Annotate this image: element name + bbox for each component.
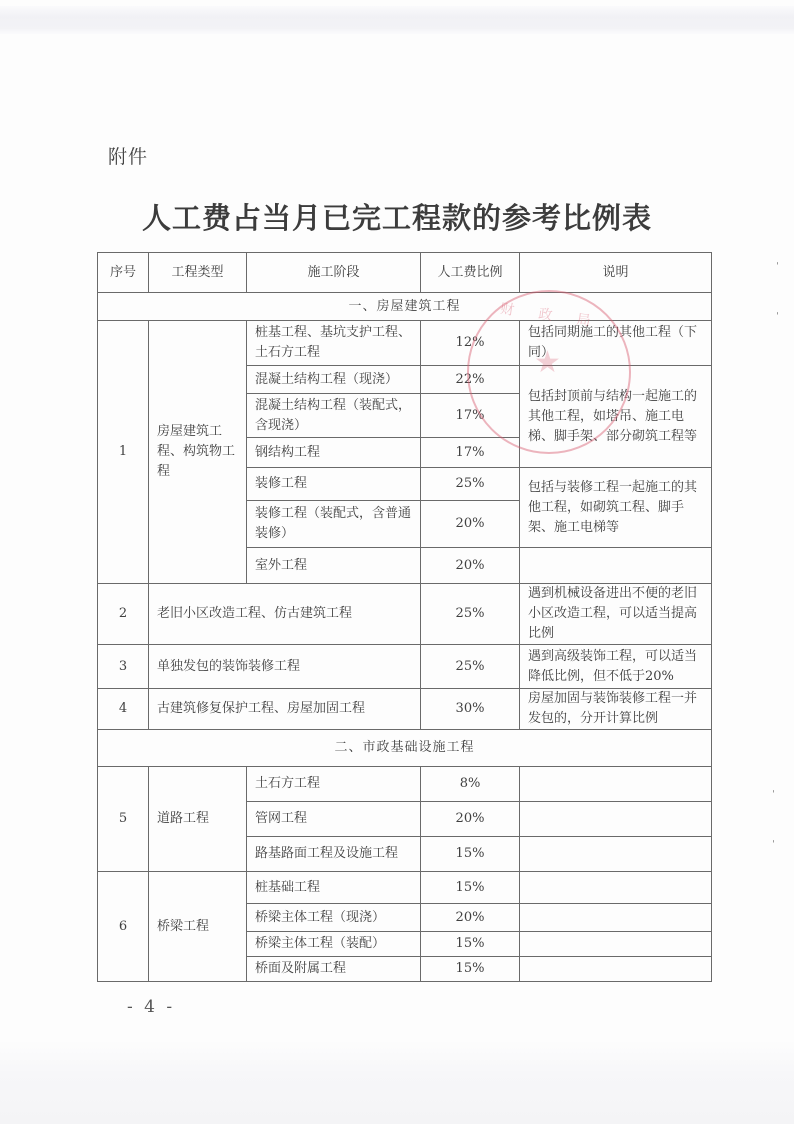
row-ratio: 20% xyxy=(421,548,520,584)
document-title: 人工费占当月已完工程款的参考比例表 xyxy=(0,196,794,237)
row-type: 桥梁工程 xyxy=(149,872,247,982)
section-title: 二、市政基础设施工程 xyxy=(98,730,712,767)
row-note: 遇到机械设备进出不便的老旧小区改造工程，可以适当提高比例 xyxy=(520,584,712,645)
row-stage: 室外工程 xyxy=(247,548,421,584)
margin-mark: ˈ xyxy=(772,840,775,851)
header-stage: 施工阶段 xyxy=(247,253,421,293)
row-note xyxy=(520,932,712,957)
table-row: 1 房屋建筑工程、构筑物工程 桩基工程、基坑支护工程、土石方工程 12% 包括同… xyxy=(98,321,712,366)
row-stage: 桥梁主体工程（现浇） xyxy=(247,904,421,932)
row-ratio: 17% xyxy=(421,394,520,438)
row-stage: 桥面及附属工程 xyxy=(247,957,421,982)
row-type: 古建筑修复保护工程、房屋加固工程 xyxy=(149,689,421,730)
row-note xyxy=(520,872,712,904)
row-note: 房屋加固与装饰装修工程一并发包的，分开计算比例 xyxy=(520,689,712,730)
margin-mark: ˈ xyxy=(776,262,779,273)
row-ratio: 20% xyxy=(421,802,520,837)
row-note: 遇到高级装饰工程，可以适当降低比例，但不低于20% xyxy=(520,645,712,689)
row-note xyxy=(520,837,712,872)
margin-mark: ˈ xyxy=(772,790,775,801)
row-note xyxy=(520,548,712,584)
margin-mark: ˈ xyxy=(776,312,779,323)
row-stage: 钢结构工程 xyxy=(247,438,421,468)
labor-cost-ratio-table: 序号 工程类型 施工阶段 人工费比例 说明 一、房屋建筑工程 1 房屋建筑工程、… xyxy=(97,252,712,982)
row-ratio: 30% xyxy=(421,689,520,730)
table-row: 2 老旧小区改造工程、仿古建筑工程 25% 遇到机械设备进出不便的老旧小区改造工… xyxy=(98,584,712,645)
row-no: 5 xyxy=(98,767,149,872)
row-stage: 混凝土结构工程（现浇） xyxy=(247,366,421,394)
table-row: 5 道路工程 土石方工程 8% xyxy=(98,767,712,802)
table-row: 3 单独发包的装饰装修工程 25% 遇到高级装饰工程，可以适当降低比例，但不低于… xyxy=(98,645,712,689)
table-header-row: 序号 工程类型 施工阶段 人工费比例 说明 xyxy=(98,253,712,293)
row-note: 包括封顶前与结构一起施工的其他工程，如塔吊、施工电梯、脚手架、部分砌筑工程等 xyxy=(520,366,712,468)
row-ratio: 15% xyxy=(421,872,520,904)
row-no: 1 xyxy=(98,321,149,584)
attachment-label: 附件 xyxy=(108,142,148,169)
row-type: 单独发包的装饰装修工程 xyxy=(149,645,421,689)
row-ratio: 25% xyxy=(421,645,520,689)
row-ratio: 15% xyxy=(421,932,520,957)
row-ratio: 20% xyxy=(421,904,520,932)
row-stage: 桩基工程、基坑支护工程、土石方工程 xyxy=(247,321,421,366)
row-stage: 混凝土结构工程（装配式，含现浇） xyxy=(247,394,421,438)
header-type: 工程类型 xyxy=(149,253,247,293)
row-note: 包括同期施工的其他工程（下同） xyxy=(520,321,712,366)
row-stage: 装修工程 xyxy=(247,468,421,501)
scan-shadow-top xyxy=(0,6,794,34)
header-note: 说明 xyxy=(520,253,712,293)
row-note: 包括与装修工程一起施工的其他工程，如砌筑工程、脚手架、施工电梯等 xyxy=(520,468,712,548)
section-row: 一、房屋建筑工程 xyxy=(98,293,712,321)
row-ratio: 8% xyxy=(421,767,520,802)
row-no: 2 xyxy=(98,584,149,645)
row-note xyxy=(520,767,712,802)
page-number: - 4 - xyxy=(127,997,175,1017)
table-row: 6 桥梁工程 桩基础工程 15% xyxy=(98,872,712,904)
row-stage: 管网工程 xyxy=(247,802,421,837)
header-ratio: 人工费比例 xyxy=(421,253,520,293)
row-stage: 装修工程（装配式，含普通装修） xyxy=(247,501,421,548)
row-stage: 土石方工程 xyxy=(247,767,421,802)
row-ratio: 17% xyxy=(421,438,520,468)
section-row: 二、市政基础设施工程 xyxy=(98,730,712,767)
row-type: 道路工程 xyxy=(149,767,247,872)
row-ratio: 22% xyxy=(421,366,520,394)
header-no: 序号 xyxy=(98,253,149,293)
row-note xyxy=(520,904,712,932)
row-no: 4 xyxy=(98,689,149,730)
row-ratio: 15% xyxy=(421,837,520,872)
row-ratio: 25% xyxy=(421,468,520,501)
row-note xyxy=(520,802,712,837)
row-note xyxy=(520,957,712,982)
row-no: 6 xyxy=(98,872,149,982)
row-no: 3 xyxy=(98,645,149,689)
row-stage: 桩基础工程 xyxy=(247,872,421,904)
scan-shadow-bottom xyxy=(0,1040,794,1124)
row-stage: 桥梁主体工程（装配） xyxy=(247,932,421,957)
row-type: 老旧小区改造工程、仿古建筑工程 xyxy=(149,584,421,645)
row-ratio: 25% xyxy=(421,584,520,645)
row-ratio: 20% xyxy=(421,501,520,548)
row-ratio: 15% xyxy=(421,957,520,982)
row-stage: 路基路面工程及设施工程 xyxy=(247,837,421,872)
row-ratio: 12% xyxy=(421,321,520,366)
section-title: 一、房屋建筑工程 xyxy=(98,293,712,321)
table-row: 4 古建筑修复保护工程、房屋加固工程 30% 房屋加固与装饰装修工程一并发包的，… xyxy=(98,689,712,730)
row-type: 房屋建筑工程、构筑物工程 xyxy=(149,321,247,584)
